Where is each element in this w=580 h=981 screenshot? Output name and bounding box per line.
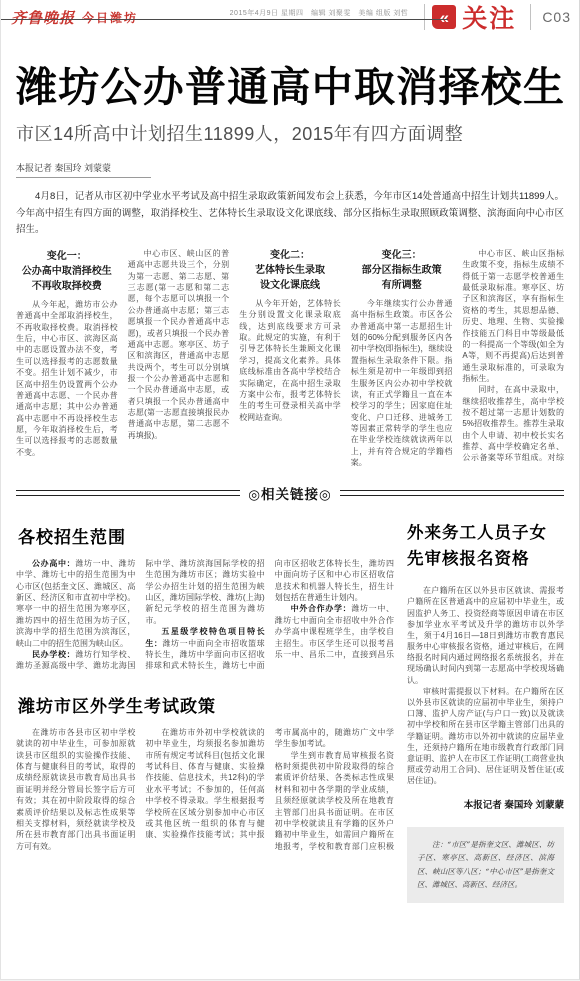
article-out-of-city-policy: 潍坊市区外学生考试政策 在潍坊市各县市区初中学校就读的初中毕业生，可参加原就读县… <box>16 692 394 855</box>
title-line-2: 先审核报名资格 <box>407 550 530 568</box>
article-body: 公办高中：潍坊一中、潍坊中学、潍坊七中的招生范围为中心市区(包括奎文区、潍城区、… <box>16 558 394 676</box>
article-migrant-children: 外来务工人员子女 先审核报名资格 在户籍所在区以外县市区就读、需报考户籍所在区普… <box>407 513 564 903</box>
article-body: 在户籍所在区以外县市区就读、需报考户籍所在区普通高中的应届初中毕业生，或因监护人… <box>407 585 564 786</box>
body-paragraph: 中心市区、峡山区的普通高中志愿共设三个，分别为第一志愿、第二志愿、第三志愿(第一… <box>128 248 230 441</box>
divider-rule <box>340 490 564 496</box>
body-paragraph: 公办高中：潍坊一中、潍坊中学、潍坊七中的招生范围为中心市区(包括奎文区、潍城区、… <box>16 558 135 649</box>
article-enrollment-scope: 各校招生范围 公办高中：潍坊一中、潍坊中学、潍坊七中的招生范围为中心市区(包括奎… <box>16 523 394 676</box>
body-paragraph: 在户籍所在区以外县市区就读、需报考户籍所在区普通高中的应届初中毕业生，或因监护人… <box>407 585 564 686</box>
lead-article-body: 变化一： 公办高中取消择校生 不再收取择校费 从今年起，潍坊市公办普通高中全部取… <box>16 248 564 470</box>
related-links-label: ◎相关链接◎ <box>248 483 332 503</box>
body-paragraph: 中心市区、峡山区指标生政策不变，指标生成绩不得低于第一志愿学校普通生最低录取标准… <box>462 248 564 384</box>
section-heading-change3: 变化三： 部分区指标生政策 有所调整 <box>351 248 453 293</box>
lead-paragraph: 4月8日，记者从市区初中学业水平考试及高中招生录取政策新闻发布会上获悉，今年市区… <box>16 189 564 239</box>
related-links-divider: ◎相关链接◎ <box>16 483 564 503</box>
related-articles-section: 各校招生范围 公办高中：潍坊一中、潍坊中学、潍坊七中的招生范围为中心市区(包括奎… <box>16 513 564 903</box>
header-rule <box>1 19 448 20</box>
title-line-1: 外来务工人员子女 <box>407 524 547 542</box>
body-paragraph: 在潍坊市各县市区初中学校就读的初中毕业生，可参加原就读县市区组织的实验操作技能、… <box>16 727 135 852</box>
section-heading-change2: 变化二： 艺体特长生录取 设文化课底线 <box>239 248 341 293</box>
body-paragraph: 今年继续实行公办普通高中指标生政策。市区各公办普通高中第一志愿招生计划的60%分… <box>351 298 453 468</box>
body-paragraph: 从今年起，潍坊市公办普通高中全部取消择校生，不再收取择校费。取消择校生后，中心市… <box>16 299 118 458</box>
sub-headline: 市区14所高中计划招生11899人，2015年有四方面调整 <box>16 120 564 146</box>
section-heading-change1: 变化一： 公办高中取消择校生 不再收取择校费 <box>16 249 118 294</box>
article-title: 各校招生范围 <box>18 523 394 548</box>
newspaper-page: 齐鲁晚报 今日潍坊 2015年4月9日 星期四 编辑 刘聚雯 美编 组版 刘哲 … <box>0 0 580 980</box>
section-flag-icon: « <box>432 5 456 29</box>
paragraph-text: 潍坊一中、潍坊中学、潍坊七中的招生范围为中心市区(包括奎文区、潍城区、高新区、经… <box>16 559 135 648</box>
page-header: 齐鲁晚报 今日潍坊 2015年4月9日 星期四 编辑 刘聚雯 美编 组版 刘哲 … <box>1 0 579 32</box>
paragraph-lead: 民办学校： <box>32 650 75 659</box>
article-body: 在潍坊市各县市区初中学校就读的初中毕业生，可参加原就读县市区组织的实验操作技能、… <box>16 727 394 855</box>
article-title: 外来务工人员子女 先审核报名资格 <box>407 521 564 572</box>
edition-label: 今日潍坊 <box>82 9 138 26</box>
divider-rule <box>16 490 240 496</box>
paragraph-lead: 公办高中： <box>32 559 75 568</box>
page-content: 潍坊公办普通高中取消择校生 市区14所高中计划招生11899人，2015年有四方… <box>1 64 579 903</box>
article-title: 潍坊市区外学生考试政策 <box>18 692 394 717</box>
section-label: 关注 <box>462 0 516 35</box>
byline: 本报记者 秦国玲 刘蒙蒙 <box>16 161 151 178</box>
header-divider <box>424 4 425 30</box>
paragraph-lead: 中外合作办学： <box>291 604 352 613</box>
newspaper-logo: 齐鲁晚报 <box>11 7 75 28</box>
header-divider <box>530 4 531 30</box>
page-number: C03 <box>542 9 571 25</box>
date-editor-meta: 2015年4月9日 星期四 编辑 刘聚雯 美编 组版 刘哲 <box>230 8 409 18</box>
body-paragraph: 审核时需提报以下材料。在户籍所在区以外县市区就读的应届初中毕业生，须持户口簿、监… <box>407 686 564 787</box>
body-paragraph: 从今年开始，艺体特长生分别设置文化课录取底线，达到底线要求方可录取。此规定的实施… <box>239 298 341 423</box>
related-left-column: 各校招生范围 公办高中：潍坊一中、潍坊中学、潍坊七中的招生范围为中心市区(包括奎… <box>16 513 394 903</box>
main-headline: 潍坊公办普通高中取消择校生 <box>16 64 564 111</box>
definition-note-box: 注：“市区”是指奎文区、潍城区、坊子区、寒亭区、高新区、经济区、滨海区、峡山区等… <box>407 827 564 903</box>
byline: 本报记者 秦国玲 刘蒙蒙 <box>407 797 564 811</box>
